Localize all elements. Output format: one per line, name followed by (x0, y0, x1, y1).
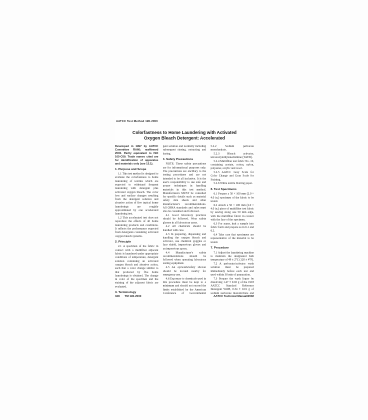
column-left: Developed in 1997 by AATCC Committee RA6… (115, 145, 158, 294)
paragraph: 7.3 Prepare the wash liquor by dissolvin… (211, 277, 254, 294)
paragraph: 6.3 For yarns, knit a sample into fabric… (211, 222, 254, 233)
paragraph: 4.2 All chemicals should be handled with… (163, 225, 206, 232)
section-heading: 7. Procedure (211, 246, 254, 250)
paragraph: 6.1 Prepare a 50 × 100 mm (2.0 × 4.0 in.… (211, 193, 254, 204)
paragraph: gent solution and normally including sub… (163, 145, 206, 156)
document-title: Colorfastness to Home Laundering with Ac… (115, 130, 254, 141)
method-reference: AATCC Test Method 190-2000 (116, 120, 254, 123)
paragraph: 1.2 This accelerated test does not repro… (115, 217, 158, 239)
paragraph: Developed in 1997 by AATCC Committee RA6… (115, 145, 158, 166)
footer-manual-reference: AATCC Technical Manual/2002 (214, 295, 254, 298)
paragraph: 2.1 A specimen of the fabric in contact … (115, 245, 158, 289)
paragraph: 4.6 Exposure to chemicals used in this p… (163, 277, 206, 294)
paragraph: 6.2 Attach a 50 × 100 mm (2.0 × 4.0 in.)… (211, 204, 254, 222)
column-middle: gent solution and normally including sub… (163, 145, 206, 294)
text-columns: Developed in 1997 by AATCC Committee RA6… (115, 145, 254, 294)
paragraph: 5.2.3 Bleach activator, tetraacetylethyl… (211, 152, 254, 159)
paragraph: 7.2 A perborate/activator wash solution … (211, 262, 254, 277)
paragraph: 4.1 Good laboratory practices should be … (163, 214, 206, 225)
page-footer: 348 TM 190-2000 AATCC Technical Manual/2… (115, 295, 254, 298)
section-heading: 4. Safety Precautions (163, 158, 206, 162)
section-heading: 3. Terminology (115, 291, 158, 294)
paragraph: 5.2.6 White textile blotting paper. (211, 182, 254, 186)
paragraph: 6.4 Take care that specimens are represe… (211, 234, 254, 245)
section-heading: 2. Principle (115, 240, 158, 244)
column-right: 5.2.2 Sodium perborate monohydrate.5.2.3… (211, 145, 254, 294)
scanned-document-page: AATCC Test Method 190-2000 Colorfastness… (115, 117, 254, 300)
paragraph: 5.2.4 Multifiber test fabric No. 10, con… (211, 160, 254, 171)
paragraph: 4.3 In preparing, dispensing and handlin… (163, 233, 206, 251)
paragraph: 1.1 This test method is designed to eval… (115, 173, 158, 217)
footer-page-number: 348 (115, 295, 120, 298)
paragraph: 7.1 Adjust the laundering machine to mai… (211, 251, 254, 262)
paragraph: 5.2.2 Sodium perborate monohydrate. (211, 145, 254, 152)
paragraph: 4.5 An eyewash/safety shower should be l… (163, 266, 206, 277)
paragraph: NOTE: These safety precautions are for i… (163, 163, 206, 214)
section-heading: 1. Purpose and Scope (115, 168, 158, 172)
section-heading: 6. Test Specimens (211, 188, 254, 192)
footer-left: 348 TM 190-2000 (115, 295, 141, 298)
footer-method-number: TM 190-2000 (125, 295, 142, 298)
paragraph: 4.4 Manufacturer's safety recommendation… (163, 251, 206, 266)
document-title-line-2: Oxygen Bleach Detergent: Accelerated (115, 136, 254, 142)
paragraph: 5.2.5 AATCC Gray Scale for Color Change … (211, 171, 254, 182)
